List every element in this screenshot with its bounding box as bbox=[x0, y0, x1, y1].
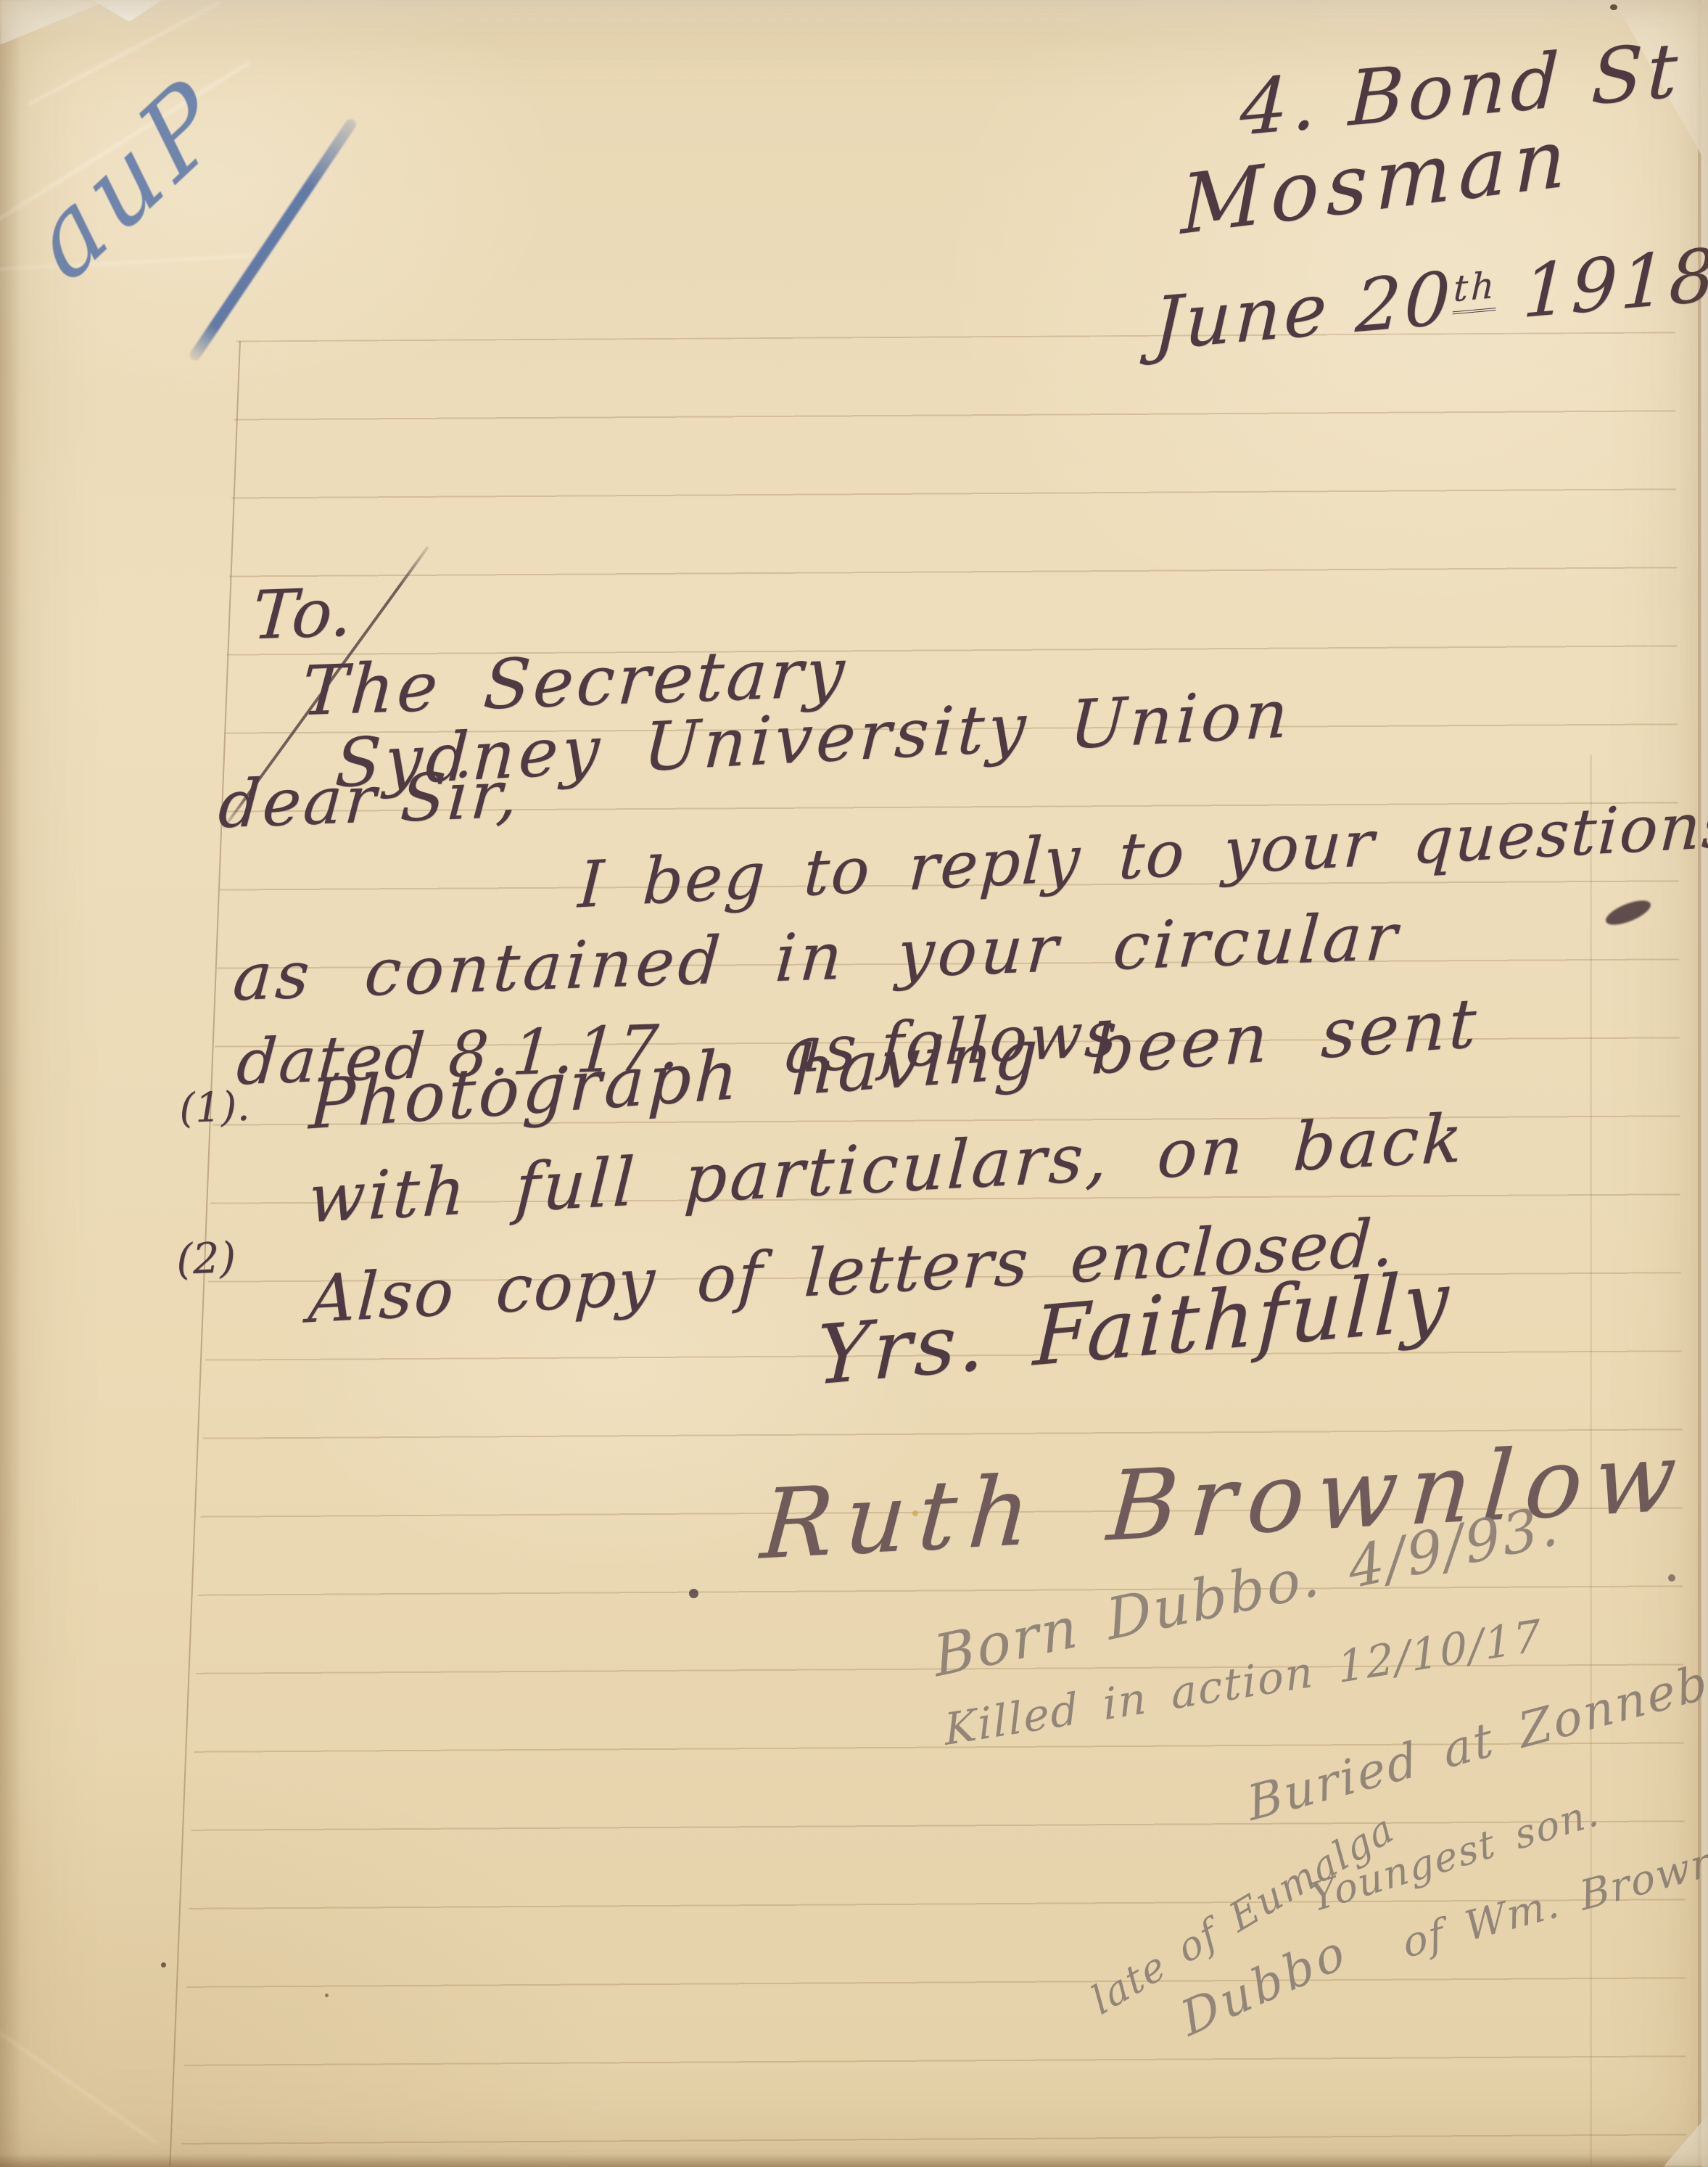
item-1-number: (1). bbox=[178, 1085, 250, 1132]
letter-sheet: auP 4. Bond St Mosman June 20th 1918 To.… bbox=[0, 0, 1708, 2167]
date-ordinal: th bbox=[1453, 264, 1498, 315]
top-edge-highlight bbox=[0, 0, 1708, 33]
ink-speck bbox=[1610, 4, 1617, 10]
date-year: 1918 bbox=[1521, 232, 1708, 334]
greeting: dear Sir, bbox=[216, 759, 522, 842]
ink-speck bbox=[161, 1962, 166, 1967]
to-label: To. bbox=[250, 575, 355, 652]
bottom-edge-shadow bbox=[0, 2154, 1708, 2167]
item-2-number: (2) bbox=[176, 1235, 236, 1283]
pen-rest-dot bbox=[1668, 1574, 1675, 1582]
pen-rest-dot bbox=[689, 1589, 698, 1598]
ink-speck bbox=[325, 1994, 329, 1997]
fold-crease bbox=[0, 2017, 157, 2144]
left-edge-shadow bbox=[0, 0, 22, 2167]
